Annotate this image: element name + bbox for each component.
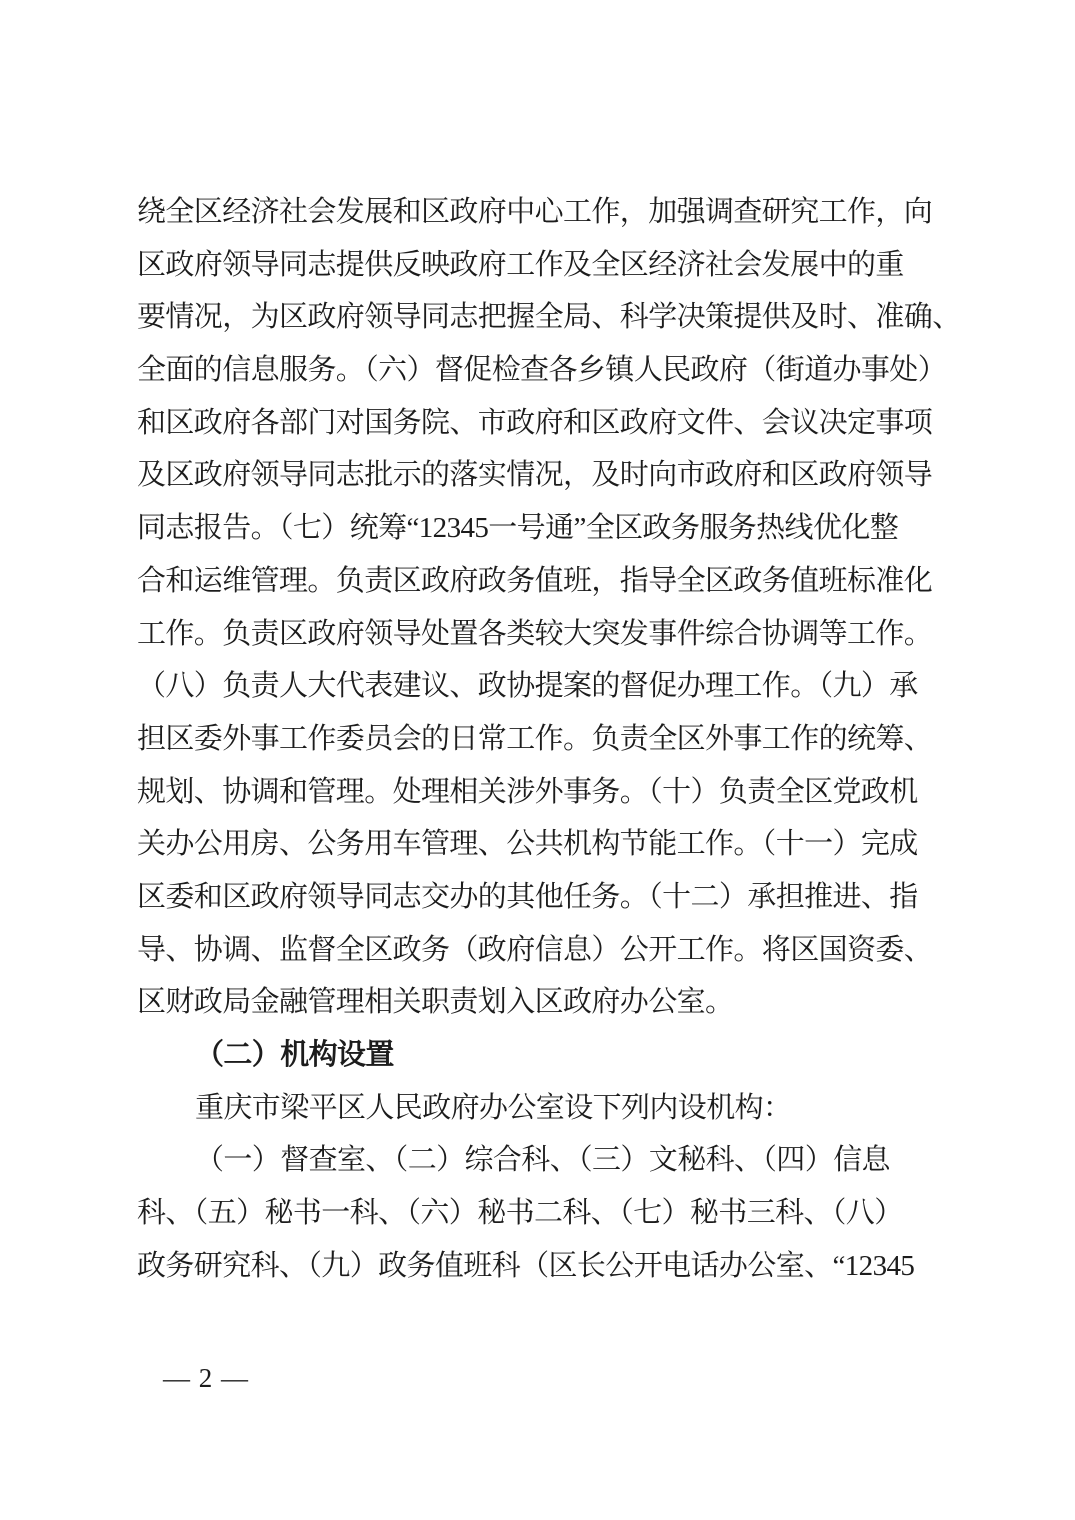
text-line: 担区委外事工作委员会的日常工作。负责全区外事工作的统筹、	[137, 713, 949, 766]
text-line: 规划、协调和管理。处理相关涉外事务。（十）负责全区党政机	[137, 766, 949, 819]
text-line: 区政府领导同志提供反映政府工作及全区经济社会发展中的重	[137, 239, 949, 292]
text-line: 政务研究科、（九）政务值班科（区长公开电话办公室、“12345	[137, 1240, 949, 1293]
document-page: 绕全区经济社会发展和区政府中心工作，加强调查研究工作，向区政府领导同志提供反映政…	[0, 0, 1075, 1520]
page-number: — 2 —	[163, 1358, 249, 1398]
text-line: 区财政局金融管理相关职责划入区政府办公室。	[137, 976, 949, 1029]
text-line: 及区政府领导同志批示的落实情况，及时向市政府和区政府领导	[137, 449, 949, 502]
text-line: 关办公用房、公务用车管理、公共机构节能工作。（十一）完成	[137, 818, 949, 871]
text-line: 要情况，为区政府领导同志把握全局、科学决策提供及时、准确、	[137, 291, 949, 344]
text-line: 合和运维管理。负责区政府政务值班，指导全区政务值班标准化	[137, 555, 949, 608]
text-line: （八）负责人大代表建议、政协提案的督促办理工作。（九）承	[137, 660, 949, 713]
text-line: 工作。负责区政府领导处置各类较大突发事件综合协调等工作。	[137, 608, 949, 661]
text-line: 绕全区经济社会发展和区政府中心工作，加强调查研究工作，向	[137, 186, 949, 239]
text-line: 全面的信息服务。（六）督促检查各乡镇人民政府（街道办事处）	[137, 344, 949, 397]
section-heading: （二）机构设置	[137, 1029, 949, 1082]
text-line: 同志报告。（七）统筹“12345一号通”全区政务服务热线优化整	[137, 502, 949, 555]
text-line: 导、协调、监督全区政务（政府信息）公开工作。将区国资委、	[137, 924, 949, 977]
text-line: （一）督查室、（二）综合科、（三）文秘科、（四）信息	[137, 1134, 949, 1187]
text-line: 区委和区政府领导同志交办的其他任务。（十二）承担推进、指	[137, 871, 949, 924]
text-line: 重庆市梁平区人民政府办公室设下列内设机构：	[137, 1082, 949, 1135]
text-line: 和区政府各部门对国务院、市政府和区政府文件、会议决定事项	[137, 397, 949, 450]
body-text: 绕全区经济社会发展和区政府中心工作，加强调查研究工作，向区政府领导同志提供反映政…	[137, 186, 949, 1292]
text-line: 科、（五）秘书一科、（六）秘书二科、（七）秘书三科、（八）	[137, 1187, 949, 1240]
